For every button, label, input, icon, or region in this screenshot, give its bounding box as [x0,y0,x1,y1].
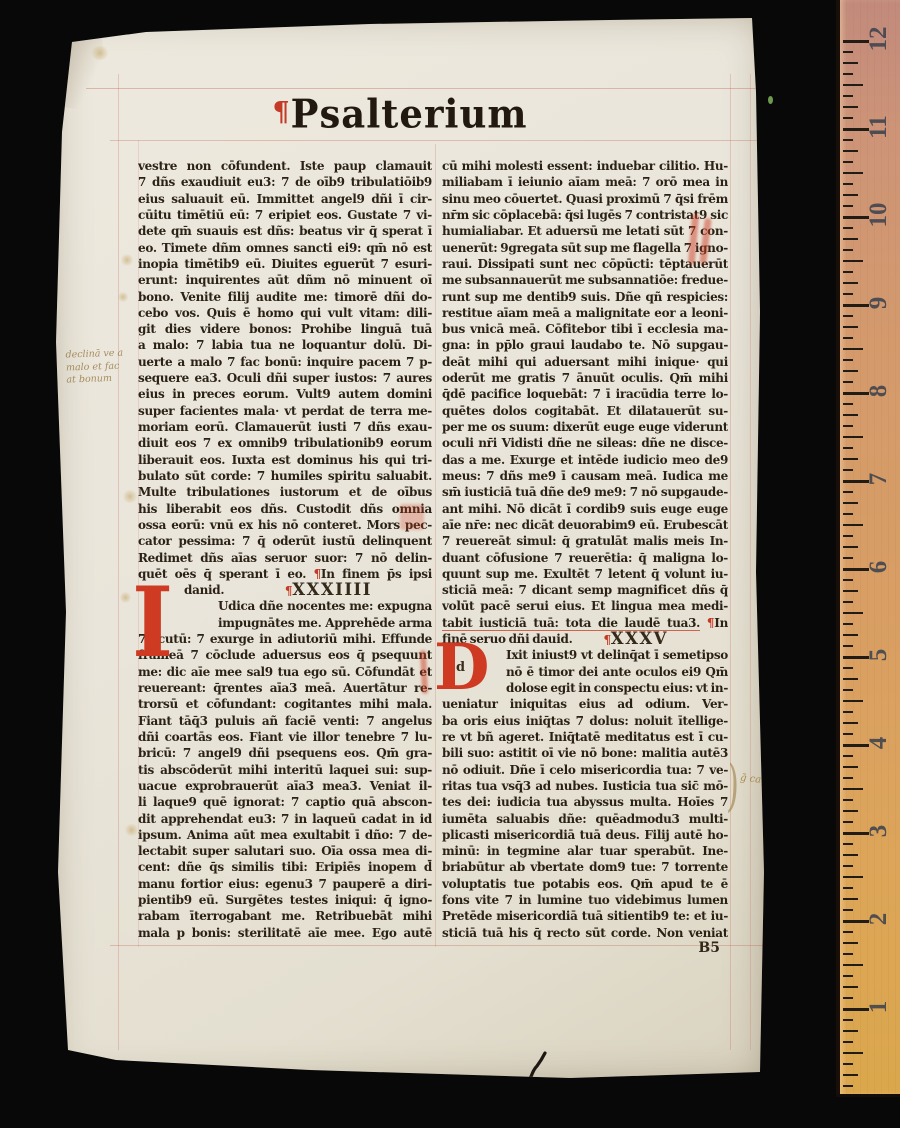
ruler-tick [843,95,853,97]
ruler-tick [843,524,863,526]
margin-note-left: declinā ve amalo et facat bonum [65,346,154,387]
text-line: pientib9 eū. Surgētes testes iniqui: q̄ … [138,892,432,908]
ruler-number: 2 [865,902,893,936]
ruler-tick [843,1063,853,1065]
ruler-tick [843,326,858,328]
text-line: diuit eos 7 ex omnib9 tribulationib9 eor… [138,435,432,451]
guide-letter: d [456,660,465,675]
page-title: ¶Psalterium [230,92,570,136]
ruler-tick [843,150,858,152]
ruler-tick [843,491,853,493]
text-line: das a me. Exurge et intēde iudicio meo d… [442,452,728,468]
ruler-tick [843,260,863,262]
ruler-tick [843,403,853,405]
text-line: volūt pacē serui eius. Et lingua mea med… [442,598,728,614]
ruler-tick [843,766,858,768]
text-line: tabit iusticiā tuā: tota die laudē tua3.… [442,615,728,631]
text-line: iumēta saluabis dñe: quēadmodu3 multi- [442,811,728,827]
text-line: bulato sūt corde: 7 humiles spiritu salu… [138,468,432,484]
margin-brace-mark: ) [726,753,740,819]
ruler-tick [843,183,853,185]
ruler-tick [843,799,853,801]
ruler-tick [843,194,858,196]
page-title-text: Psalterium [291,91,528,137]
ruler-tick [843,359,853,361]
text-line: 7 scutū: 7 exurge in adiutoriū mihi. Eff… [138,631,432,647]
ruler-tick [843,854,858,856]
ruler-number: 4 [865,726,893,760]
ruler-tick [843,964,863,966]
text-line: uerte a malo 7 fac bonū: inquire pacem 7… [138,354,432,370]
text-line: super facientes mala· vt perdat de terra… [138,403,432,419]
wooden-ruler: 121110987654321 [836,0,900,1094]
text-line: mala p bonis: sterilitatē aīe mee. Ego a… [138,925,432,941]
text-line: restitue aīam meā a malignitate eor a le… [442,305,728,321]
ruler-tick [843,733,853,735]
ruler-tick [843,161,853,163]
ruler-tick [843,458,858,460]
text-line: sticiā tuā his q̄ recto sūt corde. Non v… [442,925,728,941]
ruler-tick [843,315,853,317]
ruler-tick [843,447,853,449]
text-line: dit apprehendat eu3: 7 in laqueū cadat i… [138,811,432,827]
ruler-number: 9 [865,286,893,320]
text-line: Multe tribulationes iustorum et de oībus [138,484,432,500]
ruler-tick [843,755,853,757]
ruler-number: 5 [865,638,893,672]
text-line: Fiant tāq̄3 puluis añ faciē venti: 7 ang… [138,713,432,729]
ruler-tick [843,73,853,75]
photo-background: ¶Psalterium I vestre non cōfundent. Iste… [0,0,900,1128]
ruler-tick [843,623,853,625]
ruler-tick [843,117,853,119]
text-line: sequere ea3. Oculi dñi super iustos: 7 a… [138,370,432,386]
text-line: Pretēde misericordiā tuā sitientib9 te: … [442,908,728,924]
text-line: erunt: inquirentes aūt dñm nō minuent oī [138,272,432,288]
ruler-tick [843,876,863,878]
text-line: 7 reuereāt simul: q̄ gratulāt malis meis… [442,533,728,549]
ruler-tick [843,139,853,141]
text-line: sinu meo cōuertet. Quasi proximū 7 q̄si … [442,191,728,207]
ruler-tick [843,953,853,955]
ruler-tick [843,997,853,999]
ruler-tick [843,975,853,977]
text-line: me subsannauerūt me subsannatiōe: fredue… [442,272,728,288]
ruler-tick [843,370,858,372]
text-line: per me os suum: dixerūt euge euge videru… [442,419,728,435]
ruler-tick [843,414,858,416]
text-line: cent: dñe q̄s similis tibi: Eripiēs inop… [138,859,432,875]
text-line: impugnātes me. Apprehēde arma [138,615,432,631]
ruler-number: 6 [865,550,893,584]
ruler-number: 3 [865,814,893,848]
ruler-tick [843,722,858,724]
text-line: cator pessima: 7 q̄ oderūt iustū delinqu… [138,533,432,549]
text-line: rabam īterrogabant me. Retribuebāt mihi [138,908,432,924]
ruler-tick [843,689,853,691]
text-line: ossa eorū: vnū ex his nō conteret. Mors … [138,517,432,533]
ruler-tick [843,1030,858,1032]
text-line: nr̄m sic cōplacebā: q̄si lugēs 7 contris… [442,207,728,223]
ruler-tick [843,1085,853,1087]
ruler-tick [843,227,853,229]
text-line: briabūtur ab vbertate dom9 tue: 7 torren… [442,859,728,875]
ruler-tick [843,337,853,339]
text-line: his liberabit eos dñs. Custodit dñs omni… [138,501,432,517]
text-line: eius saluauit eū. Immittet angel9 dñi ī … [138,191,432,207]
text-line: bus vnicā meā. Cōfitebor tibi ī ecclesia… [442,321,728,337]
ruler-tick [843,502,858,504]
text-line: bili suo: astitit oī vie nō bone: maliti… [442,745,728,761]
foxing-stain [119,592,132,603]
ruler-tick [843,271,853,273]
text-line: trorsū et cōfundant: cogitantes mihi mal… [138,696,432,712]
text-line: gna: in pp̄lo graui laudabo te. Nō supga… [442,337,728,353]
ruler-tick [843,62,858,64]
ruler-tick [843,590,858,592]
text-line: a malo: 7 labia tua ne loquantur dolū. D… [138,337,432,353]
text-line: eo. Timete dñm omnes sancti ei9: qm̄ nō … [138,240,432,256]
drop-cap-initial-i: I [132,578,173,666]
ruler-tick [843,909,853,911]
text-line: eius in preces eorum. Vult9 autem domini [138,386,432,402]
ruler-tick [843,942,858,944]
ruler-number: 7 [865,462,893,496]
red-ink-offset [400,504,424,530]
text-line: liberauit eos. Iuxta est dominus his qui… [138,452,432,468]
ruler-tick [843,678,858,680]
ruler-tick [843,843,853,845]
ruler-tick [843,700,863,702]
ruler-tick [843,1019,853,1021]
manuscript-page: ¶Psalterium I vestre non cōfundent. Iste… [50,12,766,1084]
text-line: q̄dē pacifice loquebāt: 7 ī iracūdia ter… [442,386,728,402]
text-line: cebo vos. Quis ē homo qui vult vitam: di… [138,305,432,321]
page-corner-fold [60,28,112,114]
text-line: quunt sup me. Exultēt 7 letent q̄ volunt… [442,566,728,582]
ruler-tick [843,381,853,383]
ruler-tick [843,557,853,559]
text-line: ant mihi. Nō dicāt ī cordib9 suis euge e… [442,501,728,517]
ruled-frame-line [730,74,731,1050]
text-line: cū mihi molesti essent: induebar cilitio… [442,158,728,174]
text-line: dete qm̄ suauis est dñs: beatus vir q̄ s… [138,223,432,239]
text-line: voluptatis tue potabis eos. Qm̄ apud te … [442,876,728,892]
text-line: plicasti misericordiā tuā deus. Filij au… [442,827,728,843]
ruled-frame-line [118,74,119,1050]
text-line: vestre non cōfundent. Iste paup clamauit [138,158,432,174]
text-line: oderūt me gratis 7 ānuūt oculis. Qm̄ mih… [442,370,728,386]
ruler-tick [843,1052,863,1054]
ruler-tick [843,172,863,174]
ruler-tick [843,601,853,603]
text-line: tis abscōderūt mihi interitū laquei sui:… [138,762,432,778]
text-line: li laque9 quē ignorat: 7 captio quā absc… [138,794,432,810]
text-line: runt sup me dentib9 suis. Dñe qñ respici… [442,289,728,305]
text-column-right: D d B5 cū mihi molesti essent: induebar … [442,158,728,941]
text-line: Redimet dñs aīas seruor suor: 7 nō delin… [138,550,432,566]
text-line: danid.¶XXXIIII [138,582,432,598]
text-line: duant cōfusione 7 reuerētia: q̄ maligna … [442,550,728,566]
ruler-tick [843,205,853,207]
text-line: ritas tua vsq̄3 ad nubes. Iusticia tua s… [442,778,728,794]
text-line: re vt bñ ageret. Iniq̄tatē meditatus est… [442,729,728,745]
text-line: humialiabar. Et aduersū me letati sūt 7 … [442,223,728,239]
ruler-tick [843,469,853,471]
ruler-tick [843,436,863,438]
text-line: sticiā meā: 7 dicant semp magnificet dñs… [442,582,728,598]
ruler-tick [843,865,853,867]
ruler-tick [843,425,853,427]
text-line: oculi nr̄i Vidisti dñe ne sileas: dñe ne… [442,435,728,451]
ruler-number: 1 [865,990,893,1024]
text-line: ba oris eius iniq̄tas 7 dolus: noluit īt… [442,713,728,729]
ruler-tick [843,711,853,713]
ruler-number: 12 [865,22,893,56]
text-line: ipsum. Anima aūt mea exultabit ī dño: 7 … [138,827,432,843]
ruled-frame-line [110,140,760,141]
text-line: uacue exprobrauerūt aīa3 mea3. Veniat il… [138,778,432,794]
text-line: bricū: 7 angel9 dñi psequens eos. Qm̄ gr… [138,745,432,761]
foxing-stain [120,254,134,266]
title-pilcrow-mark: ¶ [272,97,289,128]
ruler-tick [843,1074,858,1076]
ruler-tick [843,931,853,933]
ruler-tick [843,986,858,988]
ruler-tick [843,612,863,614]
text-line: aīe nr̄e: nec dicāt deuorabim9 eū. Erube… [442,517,728,533]
margin-note-right: g̃ cap [740,773,769,787]
ruler-tick [843,51,853,53]
ruler-tick [843,788,863,790]
text-line: 7 dñs exaudiuit eu3: 7 de oīb9 tribulati… [138,174,432,190]
text-line: meus: 7 dñs me9 ī causam meā. Iudica me [442,468,728,484]
ruler-tick [843,546,858,548]
ruler-tick [843,513,853,515]
ruler-tick [843,293,853,295]
signature-mark: B5 [698,940,720,956]
foxing-stain [122,490,138,503]
text-line: reuereant: q̄rentes aīa3 meā. Auertātur … [138,680,432,696]
ruler-number: 11 [865,110,893,144]
text-line: uenerūt: 9gregata sūt sup me flagella 7 … [442,240,728,256]
ruler-tick [843,810,858,812]
ruler-tick [843,821,853,823]
text-line: git dies videre bonos: Prohibe linguā tu… [138,321,432,337]
ruler-number: 8 [865,374,893,408]
ruler-tick [843,535,853,537]
text-line: minū: in tegmine alar tuar sperabūt. Ine… [442,843,728,859]
text-line: Udica dñe nocentes me: expugna [138,598,432,614]
ruler-tick [843,238,858,240]
text-line: nō odiuit. Dñe ī celo misericordia tua: … [442,762,728,778]
text-line: dñi coartās eos. Fiant vie illor tenebre… [138,729,432,745]
green-speck [768,96,773,104]
ruler-tick [843,898,858,900]
ruled-frame-line [435,144,436,947]
ruler-tick [843,282,858,284]
ruler-tick [843,84,863,86]
foxing-stain [117,292,129,302]
ruler-tick [843,1041,853,1043]
text-column-left: I vestre non cōfundent. Iste paup clamau… [138,158,432,941]
ruler-tick [843,579,853,581]
ruler-tick [843,634,858,636]
text-line: cūitu timētiū eū: 7 eripiet eos. Gustate… [138,207,432,223]
ruler-tick [843,348,863,350]
ruler-tick [843,249,853,251]
ruled-frame-line [750,74,751,1050]
text-line: raui. Dissipati sunt nec cōpūcti: tēptau… [442,256,728,272]
text-line: quēt oēs q̄ sperant ī eo. ¶In finem p̄s … [138,566,432,582]
ink-squiggle-mark [524,1050,550,1084]
text-line: deāt mihi qui aduersant mihi inique· qui [442,354,728,370]
text-line: lectabit super salutari suo. Oīa ossa me… [138,843,432,859]
foxing-stain [124,824,139,836]
text-line: inopia timētib9 eū. Diuites eguerūt 7 es… [138,256,432,272]
text-line: quētes dolos cogitabāt. Et dilatauerūt s… [442,403,728,419]
ruler-tick [843,106,858,108]
text-line: fons vite 7 in lumine tuo videbimus lume… [442,892,728,908]
text-line: moriam eorū. Clamauerūt iusti 7 dñs exau… [138,419,432,435]
ruler-tick [843,645,853,647]
ruler-tick [843,777,853,779]
text-line: frameā 7 cōclude aduersus eos q̄ psequun… [138,647,432,663]
text-line: sm̄ iusticiā tuā dñe de9 me9: 7 nō supga… [442,484,728,500]
ruler-tick [843,667,853,669]
text-line: tes dei: iudicia tua abyssus multa. Hoīe… [442,794,728,810]
ruler-tick [843,887,853,889]
ruled-frame-line [86,88,758,89]
text-line: miliabam ī ieiunio aīam meā: 7 orō mea i… [442,174,728,190]
foxing-stain [90,46,110,60]
text-line: bono. Venite filij audite me: timorē dñi… [138,289,432,305]
ruled-frame-line [110,945,770,946]
text-line: manu fortior eius: egenu3 7 pauperē a di… [138,876,432,892]
text-line: me: dic aīe mee sal9 tua ego sū. Cōfundā… [138,664,432,680]
ruler-number: 10 [865,198,893,232]
